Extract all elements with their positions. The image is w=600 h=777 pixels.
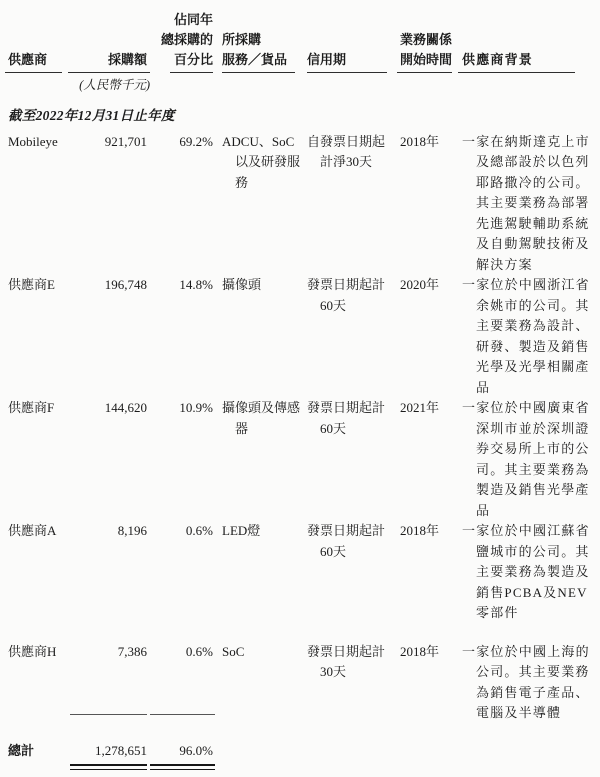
- total-amount: 1,278,651: [90, 741, 150, 762]
- supplier-background: 一家位於中國江蘇省 鹽城市的公司。其 主要業務為製造及 銷售PCBA及NEV 零…: [462, 521, 596, 624]
- column-header-goods: 所採購 服務／貨品: [215, 30, 304, 70]
- section-title: 截至2022年12月31日止年度: [8, 105, 596, 126]
- header-underline-row: [8, 72, 596, 73]
- header-rule-credit-period: [304, 72, 400, 73]
- relationship-start-year: 2018年: [400, 642, 462, 663]
- supplier-background: 一家位於中國上海的 公司。其主要業務 為銷售電子產品、 電腦及半導體: [462, 642, 596, 724]
- purchased-goods: SoC: [215, 642, 304, 663]
- unit-note-row: (人民幣千元): [8, 75, 596, 96]
- supplier-row: 供應商A 8,196 0.6% LED燈 發票日期起計 60天 2018年 一家…: [8, 521, 596, 624]
- credit-period: 發票日期起計 60天: [304, 275, 400, 316]
- relationship-start-year: 2018年: [400, 132, 462, 153]
- header-rule-amount: [90, 72, 150, 73]
- header-rule-goods: [215, 72, 304, 73]
- total-percentage: 96.0%: [150, 741, 215, 762]
- purchase-amount: 8,196: [90, 521, 150, 542]
- relationship-start-year: 2021年: [400, 398, 462, 419]
- header-rule-relationship-start: [400, 72, 462, 73]
- purchase-amount: 144,620: [90, 398, 150, 419]
- purchase-percentage: 69.2%: [150, 132, 215, 153]
- subtotal-rule-percentage: [150, 714, 215, 715]
- purchase-percentage: 0.6%: [150, 521, 215, 542]
- purchased-goods: LED燈: [215, 521, 304, 542]
- column-header-relationship-start: 業務關係 開始時間: [400, 30, 462, 70]
- amount-unit-note: (人民幣千元): [70, 75, 150, 96]
- purchase-amount: 7,386: [90, 642, 150, 663]
- purchase-amount: 196,748: [90, 275, 150, 296]
- credit-period: 發票日期起計 60天: [304, 398, 400, 439]
- subtotal-rule-amount: [90, 714, 150, 715]
- supplier-name: 供應商F: [8, 398, 90, 419]
- supplier-name: 供應商A: [8, 521, 90, 542]
- supplier-name: Mobileye: [8, 132, 90, 153]
- column-header-supplier: 供應商: [8, 50, 90, 70]
- credit-period: 發票日期起計 30天: [304, 642, 400, 683]
- header-rule-background: [462, 72, 596, 73]
- column-header-percentage: 佔同年 總採購的 百分比: [150, 10, 215, 70]
- column-header-credit-period: 信用期: [304, 50, 400, 70]
- relationship-start-year: 2020年: [400, 275, 462, 296]
- supplier-row: 供應商F 144,620 10.9% 攝像頭及傳感 器 發票日期起計 60天 2…: [8, 398, 596, 521]
- total-double-rule-row: [8, 764, 596, 770]
- column-header-background: 供應商背景: [462, 50, 596, 70]
- header-rule-percentage: [150, 72, 215, 73]
- purchase-amount: 921,701: [90, 132, 150, 153]
- double-rule-percentage: [150, 764, 215, 770]
- supplier-row: Mobileye 921,701 69.2% ADCU、SoC 以及研發服 務 …: [8, 132, 596, 276]
- supplier-background: 一家位於中國廣東省 深圳市並於深圳證 券交易所上市的公 司。其主要業務為 製造及…: [462, 398, 596, 521]
- purchased-goods: ADCU、SoC 以及研發服 務: [215, 132, 304, 194]
- supplier-name: 供應商H: [8, 642, 90, 663]
- purchased-goods: 攝像頭: [215, 275, 304, 296]
- credit-period: 發票日期起計 60天: [304, 521, 400, 562]
- supplier-background: 一家位於中國浙江省 余姚市的公司。其 主要業務為設計、 研發、製造及銷售 光學及…: [462, 275, 596, 398]
- supplier-name: 供應商E: [8, 275, 90, 296]
- double-rule-amount: [90, 764, 150, 770]
- supplier-background: 一家在納斯達克上市 及總部設於以色列 耶路撒冷的公司。 其主要業務為部署 先進駕…: [462, 132, 596, 276]
- purchased-goods: 攝像頭及傳感 器: [215, 398, 304, 439]
- supplier-row: 供應商E 196,748 14.8% 攝像頭 發票日期起計 60天 2020年 …: [8, 275, 596, 398]
- table-header-row: 供應商 採購額 佔同年 總採購的 百分比 所採購 服務／貨品 信用期 業務關係 …: [8, 10, 596, 70]
- supplier-table-page: 供應商 採購額 佔同年 總採購的 百分比 所採購 服務／貨品 信用期 業務關係 …: [0, 0, 600, 770]
- credit-period: 自發票日期起 計淨30天: [304, 132, 400, 173]
- supplier-row: 供應商H 7,386 0.6% SoC 發票日期起計 30天 2018年 一家位…: [8, 642, 596, 724]
- total-row: 總計 1,278,651 96.0%: [8, 741, 596, 762]
- total-label: 總計: [8, 741, 90, 762]
- column-header-amount: 採購額: [90, 50, 150, 70]
- purchase-percentage: 10.9%: [150, 398, 215, 419]
- relationship-start-year: 2018年: [400, 521, 462, 542]
- purchase-percentage: 14.8%: [150, 275, 215, 296]
- purchase-percentage: 0.6%: [150, 642, 215, 663]
